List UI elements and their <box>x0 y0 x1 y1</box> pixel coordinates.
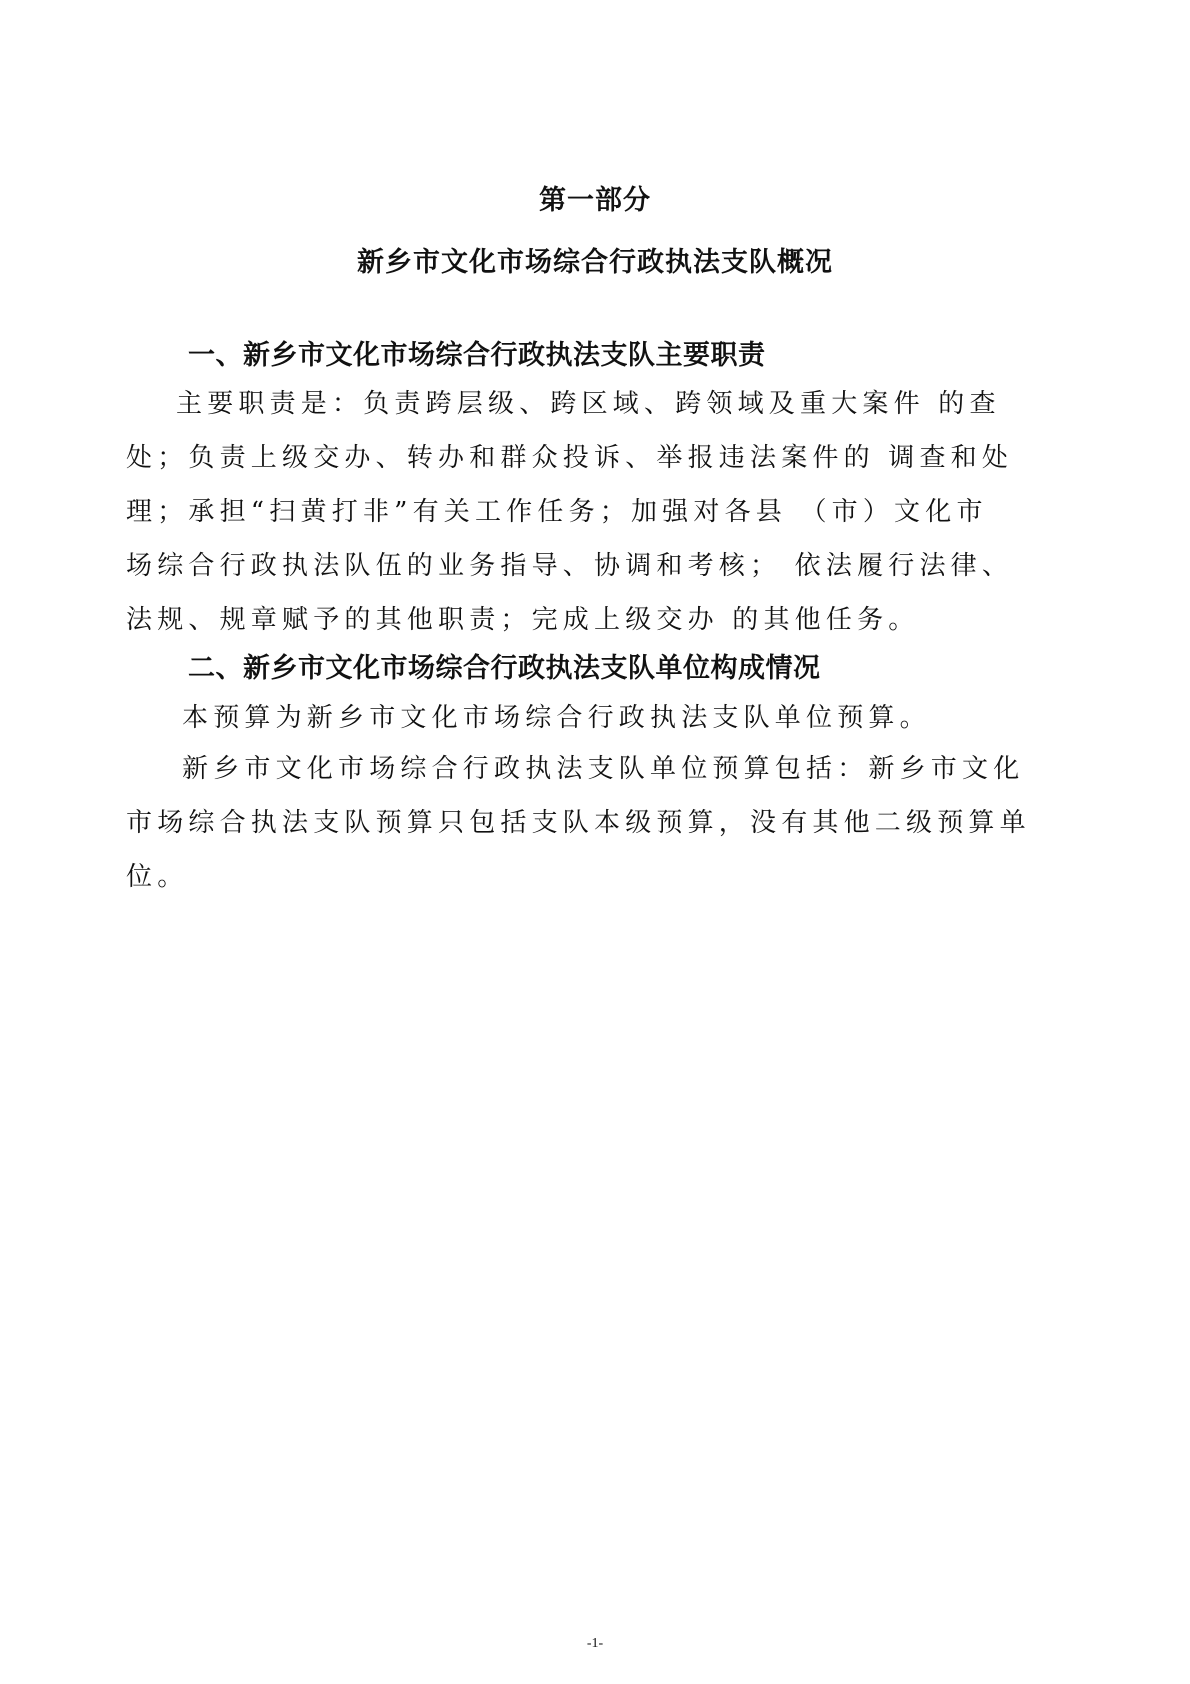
paragraph-line: 本预算为新乡市文化市场综合行政执法支队单位预算。 <box>182 697 931 734</box>
main-title: 新乡市文化市场综合行政执法支队概况 <box>0 240 1190 279</box>
part-title: 第一部分 <box>0 178 1190 217</box>
paragraph-line: 法规、规章赋予的其他职责；完成上级交办 的其他任务。 <box>126 599 919 636</box>
paragraph-line: 理；承担“扫黄打非”有关工作任务；加强对各县 （市）文化市 <box>126 491 988 528</box>
paragraph-line: 市场综合执法支队预算只包括支队本级预算，没有其他二级预算单 <box>126 802 1031 839</box>
paragraph-line: 位。 <box>126 856 188 893</box>
paragraph-line: 主要职责是：负责跨层级、跨区域、跨领域及重大案件 的查 <box>176 383 1001 420</box>
paragraph-line: 处；负责上级交办、转办和群众投诉、举报违法案件的 调查和处 <box>126 437 1013 474</box>
paragraph-line: 新乡市文化市场综合行政执法支队单位预算包括：新乡市文化 <box>182 748 1024 785</box>
section-heading-duties: 一、新乡市文化市场综合行政执法支队主要职责 <box>188 333 766 372</box>
section-heading-composition: 二、新乡市文化市场综合行政执法支队单位构成情况 <box>188 646 821 685</box>
document-page: 第一部分 新乡市文化市场综合行政执法支队概况 一、新乡市文化市场综合行政执法支队… <box>0 0 1190 1684</box>
page-number: -1- <box>0 1636 1190 1652</box>
paragraph-line: 场综合行政执法队伍的业务指导、协调和考核； 依法履行法律、 <box>126 545 1013 582</box>
